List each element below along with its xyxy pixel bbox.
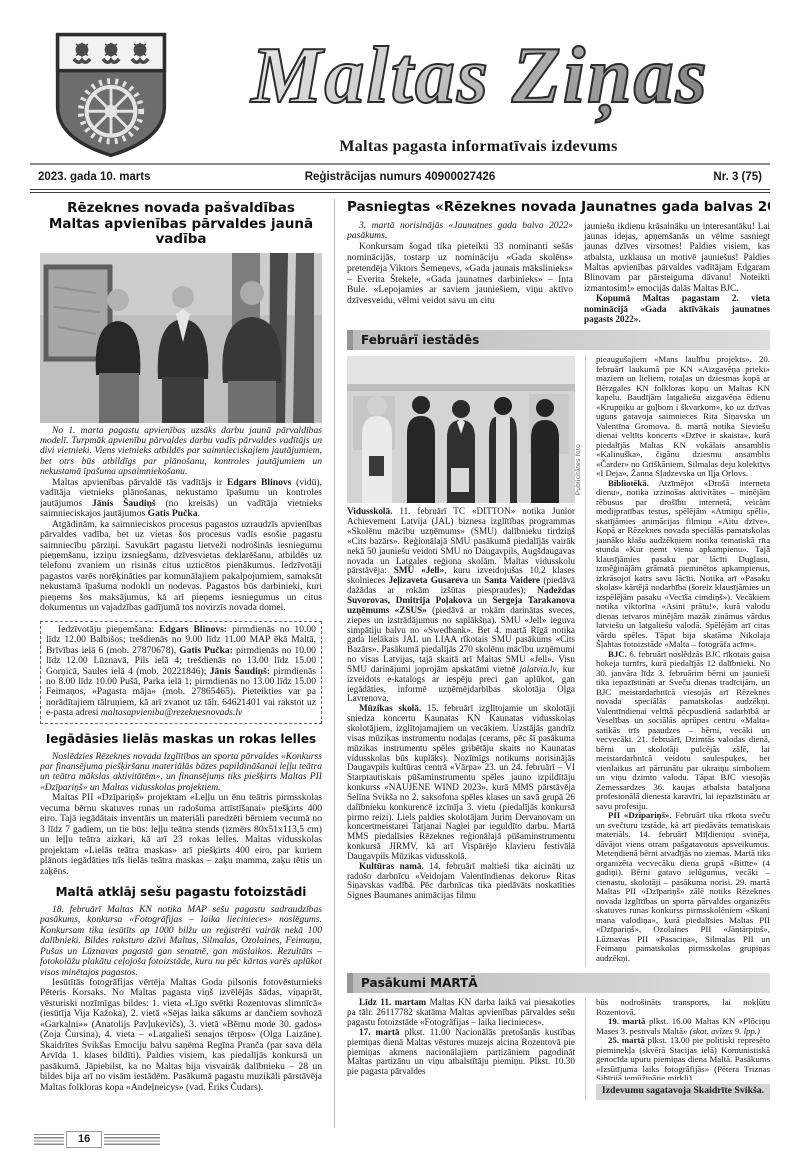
paragraph: Atgādinām, ka saimnieciskos procesus pag…	[40, 520, 322, 614]
issue-date: 2023. gada 10. marts	[38, 171, 258, 183]
column-divider	[585, 355, 586, 967]
coat-of-arms-icon	[52, 30, 170, 160]
paragraph: Līdz 11. martam Maltas KN darba laikā va…	[347, 998, 575, 1028]
text-column: jauniešu ikdienu krāsaināku un interesan…	[584, 221, 770, 325]
two-column-text: 3. martā norisinājās «Jaunatnes gada bal…	[347, 221, 770, 325]
page-content: Rēzeknes novada pašvaldības Maltas apvie…	[40, 199, 770, 1128]
article-headline: Maltā atklāj sešu pagastu fotoizstādi	[40, 886, 322, 900]
article-masks: Iegādāsies lielās maskas un rokas lelles…	[40, 733, 322, 877]
text-column: Līdz 11. martam Maltas KN darba laikā va…	[347, 998, 575, 1100]
article-headline: Pasniegtas «Rēzeknes novada Jaunatnes ga…	[347, 200, 770, 216]
article-youth-awards: Pasniegtas «Rēzeknes novada Jaunatnes ga…	[347, 199, 770, 324]
text-column: Publicitātes foto Publicitātes foto	[347, 355, 575, 967]
paragraph: 25. martā plkst. 13.00 pie politiski rep…	[596, 1036, 770, 1080]
article-headline: Iegādāsies lielās maskas un rokas lelles	[40, 733, 322, 747]
section-march-events: Pasākumi MARTĀ Līdz 11. martam Maltas KN…	[347, 967, 770, 1100]
section-header-bar: Februārī iestādēs	[347, 330, 770, 350]
newspaper-page: Maltas Ziņas Maltas pagasta informatīvai…	[0, 0, 800, 1172]
text-column: pieaugušajiem «Mans laulību projekts». 2…	[596, 355, 770, 967]
decorative-lines	[104, 1134, 160, 1146]
paragraph: Maltas apvienības pārvaldē tās vadītājs …	[40, 478, 322, 520]
column-divider	[334, 199, 335, 1128]
section-columns: Līdz 11. martam Maltas KN darba laikā va…	[347, 998, 770, 1100]
decorative-lines	[34, 1134, 64, 1146]
photo-caption: No 1. marta pagastu apvienības uzsāks da…	[40, 426, 322, 478]
paragraph: PII «Dzīpariņš». Februārī tika rīkota sv…	[596, 811, 770, 963]
closing-statement: Kopumā Maltas pagastam 2. vieta nomināci…	[584, 293, 770, 324]
paragraph: Konkursam šogad tika pieteikti 33 nomina…	[347, 242, 573, 307]
registration-number: Reģistrācijas numurs 40900027426	[258, 171, 542, 183]
section-title: Februārī iestādēs	[361, 333, 479, 347]
section-header-bar: Pasākumi MARTĀ	[347, 973, 770, 993]
section-title: Pasākumi MARTĀ	[361, 976, 478, 990]
leadership-photo	[40, 253, 322, 423]
photo-wrapper: Publicitātes foto Publicitātes foto	[347, 356, 575, 503]
paragraph: Mūzikas skolā. 15. februārī izglītojamie…	[347, 704, 575, 862]
text-column: 3. martā norisinājās «Jaunatnes gada bal…	[347, 221, 573, 325]
paragraph: jauniešu ikdienu krāsaināku un interesan…	[584, 221, 770, 294]
page-number-footer: 16	[34, 1131, 160, 1148]
section-columns: Publicitātes foto Publicitātes foto	[347, 355, 770, 967]
paragraph: Maltas PII «Dzīpariņš» projektam «Leļļu …	[40, 793, 322, 877]
paragraph: pieaugušajiem «Mans laulību projekts». 2…	[596, 355, 770, 479]
text-column: būs nodrošināts transports, lai nokļūtu …	[596, 998, 770, 1100]
article-photo-expo: Maltā atklāj sešu pagastu fotoizstādi 18…	[40, 886, 322, 1093]
article-leadership: Rēzeknes novada pašvaldības Maltas apvie…	[40, 201, 322, 724]
paragraph: Kultūras namā. 14. februārī maltieši tik…	[347, 862, 575, 901]
reception-info-box: ☛ Iedzīvotāju pieņemšana: Edgars Blinovs…	[40, 621, 322, 724]
left-column: Rēzeknes novada pašvaldības Maltas apvie…	[40, 199, 322, 1128]
article-headline: Rēzeknes novada pašvaldības Maltas apvie…	[40, 201, 322, 248]
pointing-hand-icon: ☛	[40, 617, 41, 632]
newspaper-title: Maltas Ziņas	[182, 26, 778, 134]
paragraph: būs nodrošināts transports, lai nokļūtu …	[596, 998, 770, 1017]
paragraph: Bibliotēkā. Atzīmējot «Drošā interneta d…	[596, 479, 770, 650]
paragraph: 19. martā plkst. 16.00 Maltas KN «Plōciņ…	[596, 1017, 770, 1036]
section-february: Februārī iestādēs Publicitātes foto Publ…	[347, 324, 770, 967]
article-intro: 18. februārī Maltas KN notika MAP sešu p…	[40, 905, 322, 978]
article-intro: 3. martā norisinājās «Jaunatnes gada bal…	[347, 221, 573, 243]
paragraph: Vidusskolā. 11. februārī TC «DITTON» not…	[347, 507, 575, 704]
issue-number: Nr. 3 (75)	[542, 171, 762, 183]
paragraph: Iesūtītās fotogrāfijas vērtēja Maltas Go…	[40, 978, 322, 1093]
students-fair-photo	[347, 356, 575, 503]
page-number: 16	[66, 1131, 102, 1148]
paragraph: BJC. 6. februārī noslēdzās BJC rīkotais …	[596, 650, 770, 812]
newspaper-subtitle: Maltas pagasta informatīvais izdevums	[182, 138, 775, 156]
editor-credit: Izdevumu sagatavoja Skaidrīte Svikša.	[596, 1084, 770, 1100]
column-divider	[585, 998, 586, 1100]
photo-credit: Publicitātes foto	[576, 444, 583, 495]
paragraph: 17. martā plkst. 11.00 Nacionālās pretoš…	[347, 1028, 575, 1077]
events-text: būs nodrošināts transports, lai nokļūtu …	[596, 998, 770, 1080]
info-box-text: Iedzīvotāju pieņemšana: Edgars Blinovs: …	[46, 625, 316, 719]
dateline: 2023. gada 10. marts Reģistrācijas numur…	[30, 163, 770, 193]
article-intro: Noslēdzies Rēzeknes novada Izglītības un…	[40, 752, 322, 794]
right-region: Pasniegtas «Rēzeknes novada Jaunatnes ga…	[347, 199, 770, 1128]
